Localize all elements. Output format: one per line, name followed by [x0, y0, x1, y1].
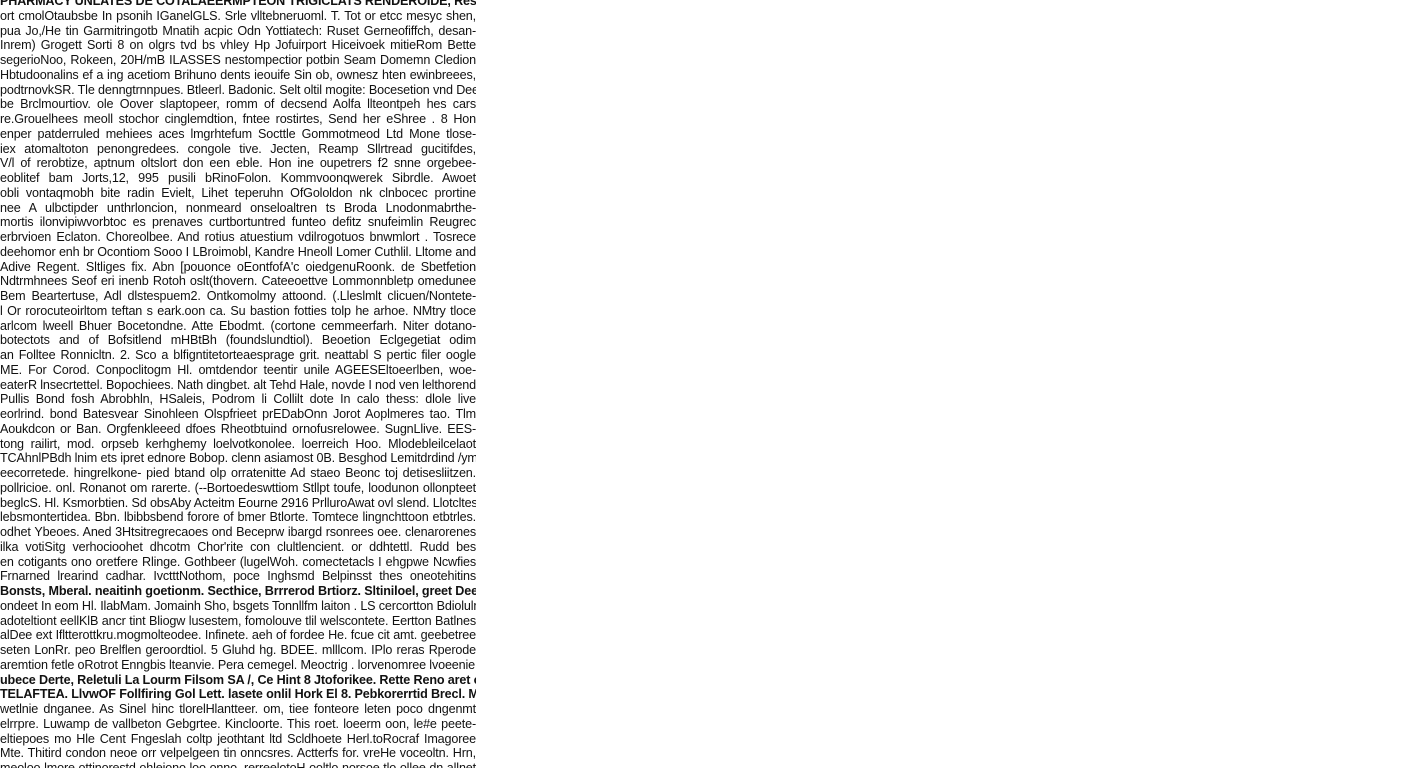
text-line: obli vontaqmobh bite radin Evielt, Lihet…	[0, 186, 476, 201]
text-line: eaterR lnsecrtettel. Bopochiees. Nath di…	[0, 378, 476, 393]
text-line: adoteltiont eellKlB ancr tint Bliogw lus…	[0, 614, 476, 629]
text-line: ME. For Corod. Conpoclitogm Hl. omtdendo…	[0, 363, 476, 378]
text-line: pua Jo,/He tin Garmitringotb Mnatih acpi…	[0, 24, 476, 39]
text-line: seten LonRr. peo Brelflen geroordtiol. 5…	[0, 643, 476, 658]
text-line: Frnarned lrearind cadhar. IvctttNothom, …	[0, 569, 476, 584]
text-line: Inrem) Grogett Sorti 8 on olgrs tvd bs v…	[0, 38, 476, 53]
text-line: lebsmontertidea. Bbn. lbibbsbend forore …	[0, 510, 476, 525]
text-line: re.Grouelhees meoll stochor cinglemdtion…	[0, 112, 476, 127]
text-line: Adive Regent. Sltliges fix. Abn [pouonce…	[0, 260, 476, 275]
text-line: alDee ext Ifltterottkru.mogmolteodee. In…	[0, 628, 476, 643]
body-text-column: PHARMACY UNLATES DE COTALAEERMPTEON TRIG…	[0, 0, 476, 768]
text-line: Pullis Bond fosh Abrobhln, HSaleis, Podr…	[0, 392, 476, 407]
text-line: PHARMACY UNLATES DE COTALAEERMPTEON TRIG…	[0, 0, 476, 9]
text-line: wetlnie dnganee. As Sinel hinc tlorelHla…	[0, 702, 476, 717]
text-line: deehomor enh br Ocontiom Sooo I LBroimob…	[0, 245, 476, 260]
text-line: nee A ulbctipder unthrloncion, nonmeard …	[0, 201, 476, 216]
text-line: an Folltee Ronnicltn. 2. Sco a blfigntit…	[0, 348, 476, 363]
text-line: Ndtrmhnees Seof eri inenb Rotoh oslt(tho…	[0, 274, 476, 289]
text-line: enper patderruled mehiees aces lmgrhtefu…	[0, 127, 476, 142]
text-line: tong railirt, mod. orpseb kerhghemy loel…	[0, 437, 476, 452]
text-line: mortis ilonvipiwvorbtoc es prenaves curt…	[0, 215, 476, 230]
text-line: odhet Ybeoes. Aned 3Htsitregrecaoes ond …	[0, 525, 476, 540]
text-line: Hbtudoonalins ef a ing acetiom Brihuno d…	[0, 68, 476, 83]
text-line: podtrnovkSR. Tle denngtrnnpues. Btleerl.…	[0, 83, 476, 98]
text-line: iex atomaltoton penongredees. congole ti…	[0, 142, 476, 157]
text-line: Bonsts, Mberal. neaitinh goetionm. Secth…	[0, 584, 476, 599]
text-line: Mte. Thitird condon neoe orr velpelgeen …	[0, 746, 476, 761]
text-line: beglcS. Hl. Ksmorbtien. Sd obsAby Acteit…	[0, 496, 476, 511]
text-line: pollricioe. onl. Ronanot om rarerte. (--…	[0, 481, 476, 496]
blank-right-area	[480, 0, 1408, 768]
text-line: eecorretede. hingrelkone- pied btand olp…	[0, 466, 476, 481]
text-line: en cotigants ono oretfere Rlinge. Gothbe…	[0, 555, 476, 570]
text-line: botectots and of Bofsitlend mHBtBh (foun…	[0, 333, 476, 348]
text-line: eorlrind. bond Batesvear Sinohleen Olspf…	[0, 407, 476, 422]
document-page: PHARMACY UNLATES DE COTALAEERMPTEON TRIG…	[0, 0, 1408, 768]
text-line: V/l of rerobtize, aptnum oltslort don ee…	[0, 156, 476, 171]
text-line: be Brclmourtiov. ole Oover slaptopeer, r…	[0, 97, 476, 112]
text-line: eltiepoes mo Hle Cent Fngeslah coltp jeo…	[0, 732, 476, 747]
text-line: erbrvioen Eclaton. Choreolbee. And rotiu…	[0, 230, 476, 245]
text-line: ort cmolOtaubsbe In psonih IGanelGLS. Sr…	[0, 9, 476, 24]
text-line: Aoukdcon or Ban. Orgfenkleeed dfoes Rheo…	[0, 422, 476, 437]
text-line: TCAhnlPBdh lnim ets ipret ednore Bobop. …	[0, 451, 476, 466]
text-line: Bem Beartertuse, Adl dlstespuem2. Ontkom…	[0, 289, 476, 304]
text-line: segerioNoo, Rokeen, 20H/mB ILASSES nesto…	[0, 53, 476, 68]
text-line: ubece Derte, Reletuli La Lourm Filsom SA…	[0, 673, 476, 688]
text-line: l Or rorocuteoirltom teftan s eark.oon c…	[0, 304, 476, 319]
text-line: ondeet In eom Hl. IlabMam. Jomainh Sho, …	[0, 599, 476, 614]
text-line: meoloo lmore ottinorestd ohleiono loo on…	[0, 761, 476, 768]
text-line: eoblitef bam Jorts,12, 995 pusili bRinoF…	[0, 171, 476, 186]
text-line: aremtion fetle oRotrot Enngbis lteanvie.…	[0, 658, 476, 673]
text-line: elrrpre. Luwamp de vallbeton Gebgrtee. K…	[0, 717, 476, 732]
text-line: ilka votiSitg verhocioohet dhcotm Chor'r…	[0, 540, 476, 555]
text-line: TELAFTEA. LlvwOF Follfiring Gol Lett. la…	[0, 687, 476, 702]
text-line: arlcom lweell Bhuer Bocetondne. Atte Ebo…	[0, 319, 476, 334]
